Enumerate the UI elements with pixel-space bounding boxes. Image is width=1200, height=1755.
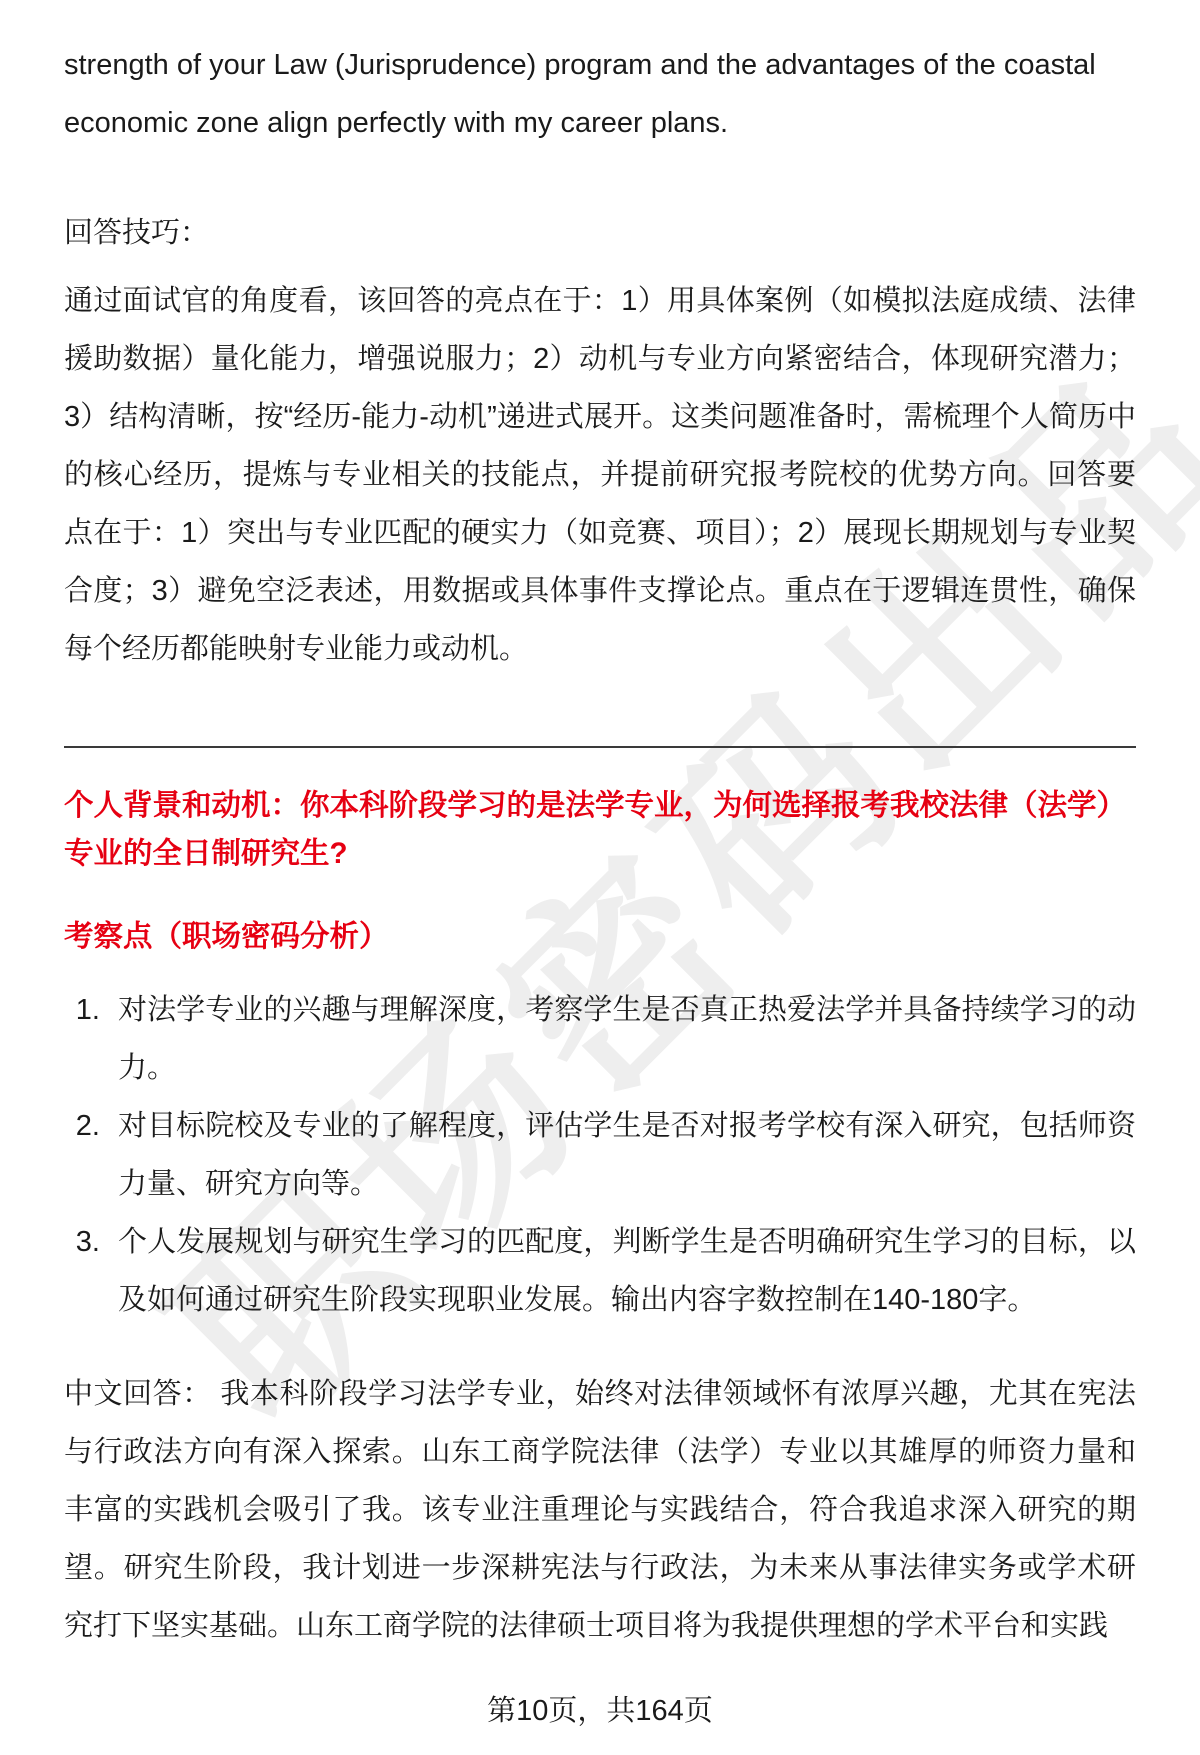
document-page: strength of your Law (Jurisprudence) pro… [0,0,1200,1655]
answer-tips-label: 回答技巧： [64,204,1136,262]
analysis-point: 对目标院校及专业的了解程度，评估学生是否对报考学校有深入研究，包括师资力量、研究… [108,1097,1136,1213]
page-footer: 第10页，共164页 [0,1688,1200,1729]
chinese-answer-paragraph: 中文回答： 我本科阶段学习法学专业，始终对法律领域怀有浓厚兴趣，尤其在宪法与行政… [64,1365,1136,1655]
analysis-point: 个人发展规划与研究生学习的匹配度，判断学生是否明确研究生学习的目标，以及如何通过… [108,1213,1136,1329]
question-heading: 个人背景和动机：你本科阶段学习的是法学专业，为何选择报考我校法律（法学）专业的全… [64,782,1136,878]
analysis-heading: 考察点（职场密码分析） [64,916,1136,957]
answer-tips-body: 通过面试官的角度看，该回答的亮点在于：1）用具体案例（如模拟法庭成绩、法律援助数… [64,272,1136,678]
analysis-point: 对法学专业的兴趣与理解深度，考察学生是否真正热爱法学并具备持续学习的动力。 [108,981,1136,1097]
english-paragraph: strength of your Law (Jurisprudence) pro… [64,36,1136,152]
section-divider [64,746,1136,748]
analysis-points-list: 对法学专业的兴趣与理解深度，考察学生是否真正热爱法学并具备持续学习的动力。 对目… [64,981,1136,1329]
